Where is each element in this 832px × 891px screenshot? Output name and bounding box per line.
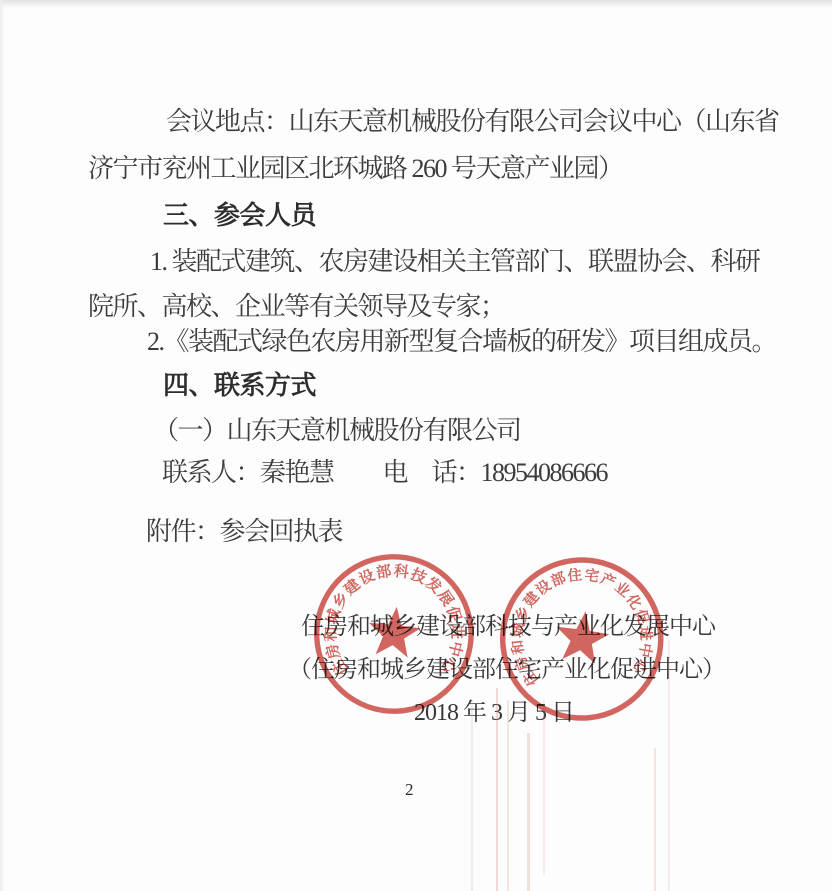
participants-item-2: 2.《装配式绿色农房用新型复合墙板的研发》项目组成员。 [147,321,776,358]
contact-company-line: （一）山东天意机械股份有限公司 [153,410,521,447]
official-seal-right: 住房和城乡建设部住宅产业化促进中心 [485,542,679,740]
section-3-heading: 三、参会人员 [163,195,316,232]
participants-item-1-line-1: 1. 装配式建筑、农房建设相关主管部门、联盟协会、科研 [150,241,760,278]
contact-person-phone-line: 联系人：秦艳慧 电 话：18954086666 [162,452,607,489]
section-4-heading: 四、联系方式 [163,365,316,402]
meeting-location-line-2: 济宁市兖州工业园区北环城路 260 号天意产业园） [88,148,623,185]
document-page: 会议地点：山东天意机械股份有限公司会议中心（山东省 济宁市兖州工业园区北环城路 … [0,0,832,891]
official-seal-left: 住房和城乡建设部科技发展促进中心 [305,545,483,728]
scan-edge-left [0,0,5,891]
star-icon [366,604,423,659]
participants-item-1-line-2: 院所、高校、企业等有关领导及专家； [88,286,505,323]
scan-streak [471,700,473,891]
star-icon [552,608,612,666]
scan-streak [527,733,530,891]
meeting-location-line-1: 会议地点：山东天意机械股份有限公司会议中心（山东省 [166,101,779,138]
scan-streak [654,748,656,891]
scan-edge-top [0,0,832,8]
page-number: 2 [405,780,414,800]
attachment-line: 附件：参会回执表 [146,511,342,548]
